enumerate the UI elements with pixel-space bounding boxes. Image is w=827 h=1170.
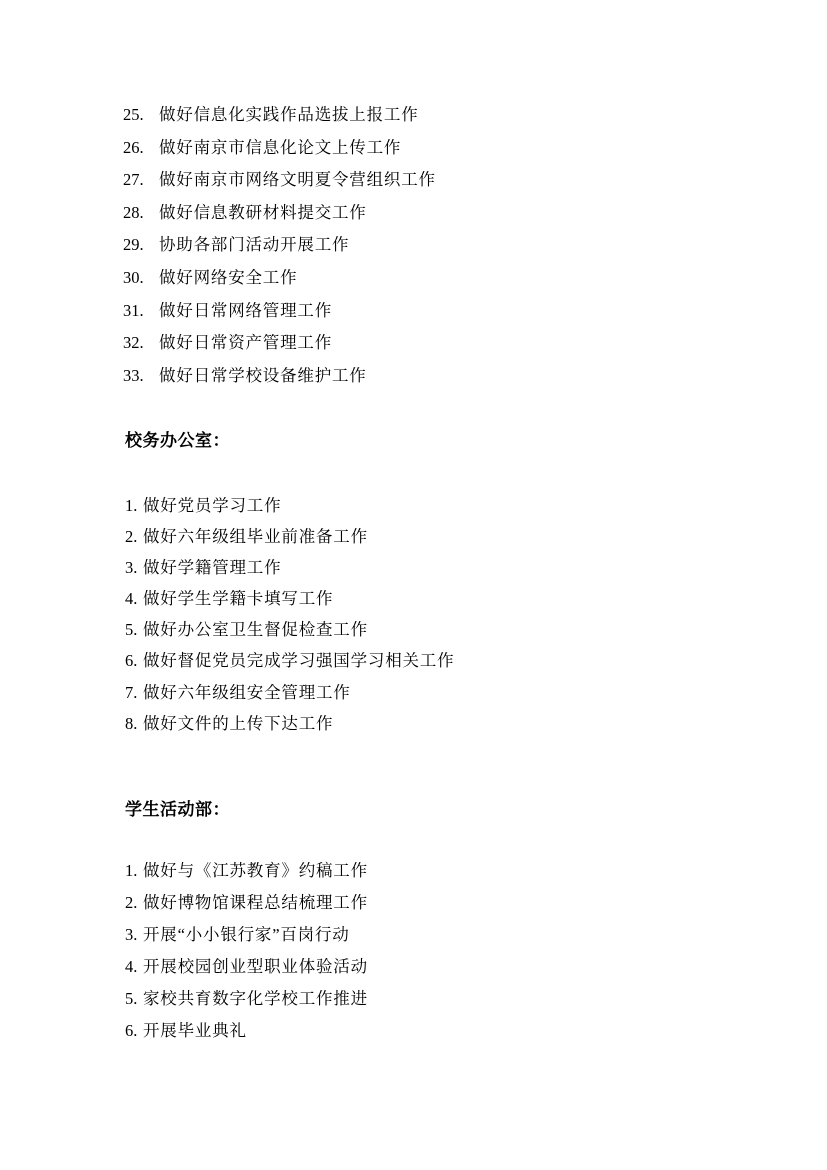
task-text: 做好日常网络管理工作 — [159, 301, 332, 320]
task-number: 28. — [123, 197, 159, 230]
task-number: 6. — [125, 645, 143, 676]
task-number: 31. — [123, 295, 159, 328]
task-number: 8. — [125, 708, 143, 739]
task-text: 做好党员学习工作 — [143, 496, 281, 515]
task-item: 4.开展校园创业型职业体验活动 — [125, 951, 368, 983]
task-number: 30. — [123, 262, 159, 295]
task-item: 5.做好办公室卫生督促检查工作 — [125, 614, 454, 645]
section-heading-student-activities: 学生活动部： — [125, 800, 230, 820]
task-item: 7.做好六年级组安全管理工作 — [125, 677, 454, 708]
task-item: 32.做好日常资产管理工作 — [123, 327, 436, 360]
task-text: 做好六年级组安全管理工作 — [143, 683, 351, 702]
task-text: 做好信息教研材料提交工作 — [159, 203, 367, 222]
task-item: 4.做好学生学籍卡填写工作 — [125, 583, 454, 614]
task-number: 2. — [125, 521, 143, 552]
task-text: 做好学籍管理工作 — [143, 558, 281, 577]
task-number: 5. — [125, 983, 143, 1015]
task-text: 做好南京市信息化论文上传工作 — [159, 138, 401, 157]
task-text: 做好文件的上传下达工作 — [143, 714, 333, 733]
task-list-continued-25-33: 25.做好信息化实践作品选拔上报工作 26.做好南京市信息化论文上传工作 27.… — [123, 99, 436, 392]
task-number: 1. — [125, 490, 143, 521]
task-text: 开展“小小银行家”百岗行动 — [143, 925, 350, 944]
task-item: 27.做好南京市网络文明夏令营组织工作 — [123, 164, 436, 197]
task-number: 4. — [125, 583, 143, 614]
task-number: 5. — [125, 614, 143, 645]
task-text: 开展毕业典礼 — [143, 1021, 247, 1040]
task-number: 1. — [125, 855, 143, 887]
task-number: 7. — [125, 677, 143, 708]
task-item: 33.做好日常学校设备维护工作 — [123, 360, 436, 393]
task-item: 1.做好与《江苏教育》约稿工作 — [125, 855, 368, 887]
task-item: 25.做好信息化实践作品选拔上报工作 — [123, 99, 436, 132]
task-text: 开展校园创业型职业体验活动 — [143, 957, 368, 976]
task-number: 25. — [123, 99, 159, 132]
task-number: 3. — [125, 552, 143, 583]
task-number: 26. — [123, 132, 159, 165]
task-number: 2. — [125, 887, 143, 919]
task-item: 5.家校共育数字化学校工作推进 — [125, 983, 368, 1015]
school-affairs-office-task-list: 1.做好党员学习工作 2.做好六年级组毕业前准备工作 3.做好学籍管理工作 4.… — [125, 490, 454, 739]
task-text: 做好与《江苏教育》约稿工作 — [143, 861, 368, 880]
task-item: 26.做好南京市信息化论文上传工作 — [123, 132, 436, 165]
document-page: 25.做好信息化实践作品选拔上报工作 26.做好南京市信息化论文上传工作 27.… — [0, 0, 827, 1170]
task-item: 8.做好文件的上传下达工作 — [125, 708, 454, 739]
task-text: 做好督促党员完成学习强国学习相关工作 — [143, 651, 454, 670]
task-text: 做好信息化实践作品选拔上报工作 — [159, 105, 419, 124]
task-number: 3. — [125, 919, 143, 951]
task-text: 做好日常学校设备维护工作 — [159, 366, 367, 385]
task-number: 33. — [123, 360, 159, 393]
task-text: 做好日常资产管理工作 — [159, 333, 332, 352]
task-text: 做好六年级组毕业前准备工作 — [143, 527, 368, 546]
task-item: 28.做好信息教研材料提交工作 — [123, 197, 436, 230]
task-text: 协助各部门活动开展工作 — [159, 235, 349, 254]
task-item: 6.做好督促党员完成学习强国学习相关工作 — [125, 645, 454, 676]
task-item: 3.开展“小小银行家”百岗行动 — [125, 919, 368, 951]
task-item: 6.开展毕业典礼 — [125, 1015, 368, 1047]
task-item: 29.协助各部门活动开展工作 — [123, 229, 436, 262]
task-item: 3.做好学籍管理工作 — [125, 552, 454, 583]
student-activities-task-list: 1.做好与《江苏教育》约稿工作 2.做好博物馆课程总结梳理工作 3.开展“小小银… — [125, 855, 368, 1047]
task-number: 4. — [125, 951, 143, 983]
task-text: 做好办公室卫生督促检查工作 — [143, 620, 368, 639]
task-text: 做好南京市网络文明夏令营组织工作 — [159, 170, 436, 189]
task-number: 6. — [125, 1015, 143, 1047]
task-number: 29. — [123, 229, 159, 262]
task-number: 32. — [123, 327, 159, 360]
task-item: 30.做好网络安全工作 — [123, 262, 436, 295]
task-item: 2.做好博物馆课程总结梳理工作 — [125, 887, 368, 919]
section-heading-school-affairs-office: 校务办公室： — [125, 431, 230, 451]
task-item: 2.做好六年级组毕业前准备工作 — [125, 521, 454, 552]
task-text: 做好博物馆课程总结梳理工作 — [143, 893, 368, 912]
task-text: 做好学生学籍卡填写工作 — [143, 589, 333, 608]
task-number: 27. — [123, 164, 159, 197]
task-item: 31.做好日常网络管理工作 — [123, 295, 436, 328]
task-item: 1.做好党员学习工作 — [125, 490, 454, 521]
task-text: 家校共育数字化学校工作推进 — [143, 989, 368, 1008]
task-text: 做好网络安全工作 — [159, 268, 297, 287]
